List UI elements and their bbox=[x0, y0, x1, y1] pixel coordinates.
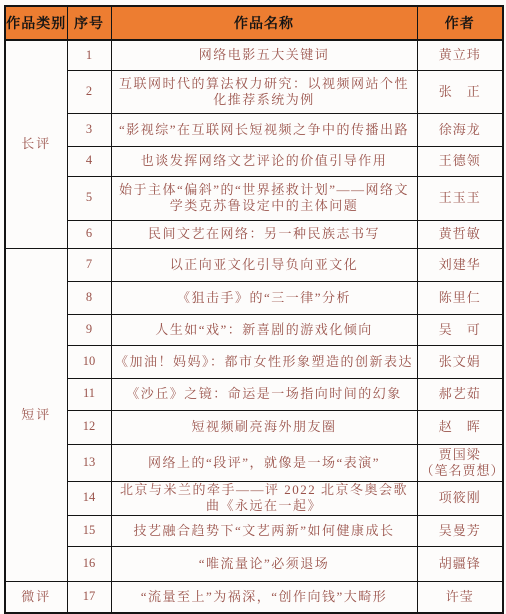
work-title: “流量至上”为祸深，“创作向钱”大畸形 bbox=[111, 581, 417, 613]
table-row: 14 北京与米兰的牵手——评 2022 北京冬奥会歌曲《永远在一起》 项筱刚 bbox=[5, 481, 503, 515]
table-row: 12 短视频刷亮海外朋友圈 赵 晖 bbox=[5, 410, 503, 444]
row-number: 14 bbox=[67, 481, 111, 515]
work-title: “影视综”在互联网长短视频之争中的传播出路 bbox=[111, 113, 417, 146]
table-row: 8 《狙击手》的“三一律”分析 陈里仁 bbox=[5, 281, 503, 314]
table-row: 3 “影视综”在互联网长短视频之争中的传播出路 徐海龙 bbox=[5, 113, 503, 146]
category-cell-micro-review: 微评 bbox=[5, 581, 67, 613]
table-row: 6 民间文艺在网络：另一种民族志书写 黄哲敏 bbox=[5, 220, 503, 248]
work-title: 以正向亚文化引导负向亚文化 bbox=[111, 248, 417, 281]
row-number: 11 bbox=[67, 378, 111, 410]
work-title: 也谈发挥网络文艺评论的价值引导作用 bbox=[111, 146, 417, 176]
table-row: 短评 7 以正向亚文化引导负向亚文化 刘建华 bbox=[5, 248, 503, 281]
row-number: 2 bbox=[67, 70, 111, 113]
works-table: 作品类别 序号 作品名称 作者 长评 1 网络电影五大关键词 黄立玮 2 互联网… bbox=[4, 5, 504, 614]
work-title: 《加油！妈妈》：都市女性形象塑造的创新表达 bbox=[111, 345, 417, 378]
row-number: 9 bbox=[67, 314, 111, 345]
row-number: 1 bbox=[67, 40, 111, 70]
author: 吴 可 bbox=[417, 314, 503, 345]
author: 胡疆锋 bbox=[417, 546, 503, 581]
row-number: 5 bbox=[67, 176, 111, 220]
work-title: 始于主体“偏斜”的“世界拯救计划”——网络文学类克苏鲁设定中的主体问题 bbox=[111, 176, 417, 220]
row-number: 12 bbox=[67, 410, 111, 444]
table-row: 4 也谈发挥网络文艺评论的价值引导作用 王德领 bbox=[5, 146, 503, 176]
author: 刘建华 bbox=[417, 248, 503, 281]
work-title: 民间文艺在网络：另一种民族志书写 bbox=[111, 220, 417, 248]
row-number: 13 bbox=[67, 444, 111, 481]
table-row: 2 互联网时代的算法权力研究：以视频网站个性化推荐系统为例 张 正 bbox=[5, 70, 503, 113]
table-row: 15 技艺融合趋势下“文艺两新”如何健康成长 吴曼芳 bbox=[5, 515, 503, 546]
work-title: 人生如“戏”：新喜剧的游戏化倾向 bbox=[111, 314, 417, 345]
work-title: 《狙击手》的“三一律”分析 bbox=[111, 281, 417, 314]
table-row: 长评 1 网络电影五大关键词 黄立玮 bbox=[5, 40, 503, 70]
category-cell-short-review: 短评 bbox=[5, 248, 67, 581]
work-title: 短视频刷亮海外朋友圈 bbox=[111, 410, 417, 444]
row-number: 4 bbox=[67, 146, 111, 176]
author: 徐海龙 bbox=[417, 113, 503, 146]
author: 许莹 bbox=[417, 581, 503, 613]
author: 吴曼芳 bbox=[417, 515, 503, 546]
table-row: 10 《加油！妈妈》：都市女性形象塑造的创新表达 张文娟 bbox=[5, 345, 503, 378]
work-title: 网络电影五大关键词 bbox=[111, 40, 417, 70]
row-number: 8 bbox=[67, 281, 111, 314]
work-title: “唯流量论”必须退场 bbox=[111, 546, 417, 581]
author: 王德领 bbox=[417, 146, 503, 176]
header-title: 作品名称 bbox=[111, 6, 417, 40]
header-number: 序号 bbox=[67, 6, 111, 40]
author: 项筱刚 bbox=[417, 481, 503, 515]
header-author: 作者 bbox=[417, 6, 503, 40]
author: 陈里仁 bbox=[417, 281, 503, 314]
author: 黄立玮 bbox=[417, 40, 503, 70]
row-number: 16 bbox=[67, 546, 111, 581]
work-title: 《沙丘》之镜：命运是一场指向时间的幻象 bbox=[111, 378, 417, 410]
work-title: 网络上的“段评”，就像是一场“表演” bbox=[111, 444, 417, 481]
author: 王玉玊 bbox=[417, 176, 503, 220]
table-row: 5 始于主体“偏斜”的“世界拯救计划”——网络文学类克苏鲁设定中的主体问题 王玉… bbox=[5, 176, 503, 220]
table-row: 16 “唯流量论”必须退场 胡疆锋 bbox=[5, 546, 503, 581]
author: 张文娟 bbox=[417, 345, 503, 378]
header-row: 作品类别 序号 作品名称 作者 bbox=[5, 6, 503, 40]
row-number: 6 bbox=[67, 220, 111, 248]
row-number: 17 bbox=[67, 581, 111, 613]
work-title: 北京与米兰的牵手——评 2022 北京冬奥会歌曲《永远在一起》 bbox=[111, 481, 417, 515]
table-row: 9 人生如“戏”：新喜剧的游戏化倾向 吴 可 bbox=[5, 314, 503, 345]
header-category: 作品类别 bbox=[5, 6, 67, 40]
work-title: 互联网时代的算法权力研究：以视频网站个性化推荐系统为例 bbox=[111, 70, 417, 113]
author: 张 正 bbox=[417, 70, 503, 113]
row-number: 15 bbox=[67, 515, 111, 546]
table-row: 13 网络上的“段评”，就像是一场“表演” 贾国梁 （笔名贾想） bbox=[5, 444, 503, 481]
row-number: 10 bbox=[67, 345, 111, 378]
table-row: 11 《沙丘》之镜：命运是一场指向时间的幻象 郝艺茹 bbox=[5, 378, 503, 410]
work-title: 技艺融合趋势下“文艺两新”如何健康成长 bbox=[111, 515, 417, 546]
category-cell-long-review: 长评 bbox=[5, 40, 67, 248]
author: 贾国梁 （笔名贾想） bbox=[417, 444, 503, 481]
row-number: 7 bbox=[67, 248, 111, 281]
author: 赵 晖 bbox=[417, 410, 503, 444]
row-number: 3 bbox=[67, 113, 111, 146]
table-row: 微评 17 “流量至上”为祸深，“创作向钱”大畸形 许莹 bbox=[5, 581, 503, 613]
author: 郝艺茹 bbox=[417, 378, 503, 410]
author: 黄哲敏 bbox=[417, 220, 503, 248]
